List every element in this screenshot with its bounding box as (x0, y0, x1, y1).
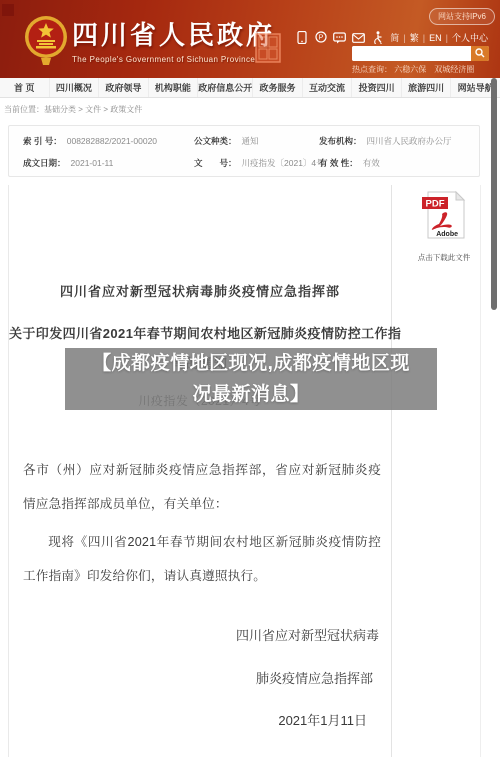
page: 四川省人民政府 The People's Government of Sichu… (0, 0, 500, 757)
nav-item-government-leaders[interactable]: 政府领导 (98, 78, 148, 97)
meta-label: 成文日期： (23, 158, 66, 168)
message-icon[interactable] (333, 31, 346, 44)
location-icon[interactable]: P (314, 31, 327, 44)
svg-text:Adobe: Adobe (436, 231, 458, 238)
doc-paragraph-body: 现将《四川省2021年春节期间农村地区新冠肺炎疫情防控工作指南》印发给你们，请认… (23, 525, 381, 593)
meta-index-number: 索 引 号：008282882/2021-00020 (23, 135, 157, 147)
pdf-download-hint[interactable]: 点击下载此文件 (408, 252, 480, 263)
separator: | (403, 33, 405, 43)
accessibility-icon[interactable] (371, 31, 384, 44)
nav-item-government-services[interactable]: 政务服务 (252, 78, 302, 97)
meta-issue-date: 成文日期：2021-01-11 (23, 157, 113, 169)
nav-item-interaction[interactable]: 互动交流 (302, 78, 352, 97)
doc-title-line1: 四川省应对新型冠状病毒肺炎疫情应急指挥部 (9, 281, 391, 300)
separator: | (423, 33, 425, 43)
nav-item-invest-sichuan[interactable]: 投资四川 (351, 78, 401, 97)
document-meta-box: 索 引 号：008282882/2021-00020 公文种类：通知 发布机构：… (8, 125, 480, 177)
hot-search-links[interactable]: 热点查询： 六稳六保 双城经济圈 (352, 64, 474, 75)
site-title: 四川省人民政府 (72, 15, 275, 52)
doc-signature-date: 2021年1月11日 (278, 710, 367, 729)
lang-traditional[interactable]: 繁 (410, 31, 419, 44)
personal-center-link[interactable]: 个人中心 (452, 31, 488, 44)
site-header: 四川省人民政府 The People's Government of Sichu… (0, 0, 500, 78)
search-input[interactable] (352, 46, 471, 61)
pdf-download-block[interactable]: PDF Adobe 点击下载此文件 (408, 190, 480, 263)
meta-value: 通知 (242, 136, 259, 146)
header-corner-decor (2, 4, 14, 16)
national-emblem-icon (23, 15, 69, 70)
ipv6-support-badge: 网站支持IPv6 (429, 8, 495, 25)
watermark-text: 【成都疫情地区现况,成都疫情地区现 况最新消息】 (92, 348, 410, 410)
mail-icon[interactable] (352, 31, 365, 44)
search-button[interactable] (471, 46, 489, 61)
site-subtitle: The People's Government of Sichuan Provi… (72, 55, 275, 64)
seal-stamp-icon (255, 33, 281, 68)
meta-label: 文 号： (194, 158, 237, 168)
meta-value: 川疫指发〔2021〕4号 (242, 158, 325, 168)
meta-label: 索 引 号： (23, 136, 62, 146)
meta-value: 四川省人民政府办公厅 (367, 136, 452, 146)
scrollbar-thumb[interactable] (491, 78, 497, 310)
breadcrumb[interactable]: 当前位置：基础分类 > 文件 > 政策文件 (4, 104, 142, 115)
doc-paragraph-recipients: 各市（州）应对新冠肺炎疫情应急指挥部，省应对新冠肺炎疫情应急指挥部成员单位，有关… (23, 453, 381, 521)
nav-item-institutional-functions[interactable]: 机构职能 (148, 78, 198, 97)
document-paper: 四川省应对新型冠状病毒肺炎疫情应急指挥部 关于印发四川省2021年春节期间农村地… (8, 185, 392, 757)
meta-value: 008282882/2021-00020 (67, 136, 157, 146)
language-switcher: 简 | 繁 | EN | 个人中心 (390, 31, 488, 44)
lang-simplified[interactable]: 简 (390, 31, 399, 44)
nav-item-information-disclosure[interactable]: 政府信息公开 (197, 78, 252, 97)
search-bar (352, 46, 489, 61)
meta-label: 公文种类： (194, 136, 237, 146)
meta-value: 2021-01-11 (71, 158, 114, 168)
nav-item-travel-sichuan[interactable]: 旅游四川 (401, 78, 451, 97)
doc-title-line2: 关于印发四川省2021年春节期间农村地区新冠肺炎疫情防控工作指 (9, 323, 391, 342)
document-section: 四川省应对新型冠状病毒肺炎疫情应急指挥部 关于印发四川省2021年春节期间农村地… (8, 185, 481, 757)
meta-label: 有 效 性： (319, 158, 358, 168)
meta-issuing-agency: 发布机构：四川省人民政府办公厅 (319, 135, 452, 147)
mobile-icon[interactable] (295, 31, 308, 44)
header-toolbar: P 简 | 繁 | EN | 个人中心 (295, 31, 488, 44)
watermark-overlay: 【成都疫情地区现况,成都疫情地区现 况最新消息】 (65, 348, 437, 410)
search-icon (475, 46, 485, 61)
lang-english[interactable]: EN (429, 33, 442, 43)
meta-value: 有效 (363, 158, 380, 168)
main-nav: 首 页 四川概况 政府领导 机构职能 政府信息公开 政务服务 互动交流 投资四川… (0, 78, 500, 98)
meta-doc-type: 公文种类：通知 (194, 135, 259, 147)
pdf-file-icon[interactable]: PDF Adobe (420, 227, 468, 244)
svg-text:PDF: PDF (426, 199, 445, 210)
site-title-block: 四川省人民政府 The People's Government of Sichu… (72, 15, 275, 64)
separator: | (446, 33, 448, 43)
doc-signature-line1: 四川省应对新型冠状病毒 (236, 625, 379, 644)
doc-signature-line2: 肺炎疫情应急指挥部 (256, 668, 373, 687)
meta-label: 发布机构： (319, 136, 362, 146)
meta-validity: 有 效 性：有效 (319, 157, 380, 169)
svg-text:P: P (319, 35, 324, 42)
nav-item-sichuan-overview[interactable]: 四川概况 (49, 78, 99, 97)
meta-doc-number: 文 号：川疫指发〔2021〕4号 (194, 157, 325, 169)
nav-item-home[interactable]: 首 页 (0, 78, 49, 97)
